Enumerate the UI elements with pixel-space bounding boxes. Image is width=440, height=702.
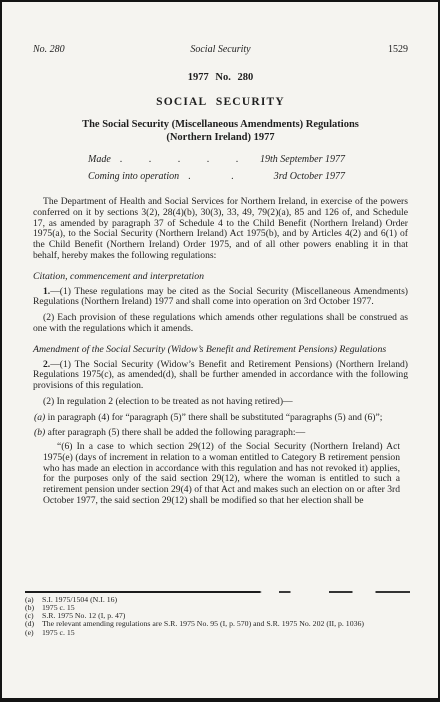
footnotes-block: (a) S.I. 1975/1504 (N.I. 16) (b) 1975 c.… [25, 591, 410, 637]
section-2-heading: Amendment of the Social Security (Widow’… [33, 344, 408, 355]
inserted-paragraph-6: “(6) In a case to which section 29(12) o… [43, 442, 400, 507]
running-header-issue: No. 280 [33, 44, 190, 55]
coming-into-operation-dot-leader: . . . [179, 171, 274, 182]
running-header: No. 280 Social Security 1529 [33, 44, 408, 55]
running-header-page-number: 1529 [251, 44, 408, 55]
regulation-1-paragraph-2: (2) Each provision of these regulations … [33, 313, 408, 335]
footnote-d-text: The relevant amending regulations are S.… [42, 620, 410, 628]
footnote-e-text: 1975 c. 15 [42, 629, 410, 637]
regulation-2-paragraph-2: (2) In regulation 2 (election to be trea… [33, 397, 408, 408]
made-date: 19th September 1977 [260, 154, 345, 165]
coming-into-operation-label: Coming into operation [88, 171, 179, 182]
made-label: Made [88, 154, 111, 165]
amendment-item-b-text: after paragraph (5) there shall be added… [48, 427, 306, 438]
footnote-a-text: S.I. 1975/1504 (N.I. 16) [42, 596, 410, 604]
coming-into-operation-row: Coming into operation . . . 3rd October … [88, 171, 345, 182]
category-heading: SOCIAL SECURITY [33, 96, 408, 108]
preamble-paragraph: The Department of Health and Social Serv… [33, 197, 408, 262]
amendment-item-b-marker: (b) [34, 427, 45, 438]
footnote-rule [25, 591, 410, 593]
amendment-item-a: (a) in paragraph (4) for “paragraph (5)”… [33, 413, 408, 424]
docket-block: Made . . . . . . 19th September 1977 Com… [88, 154, 345, 182]
running-header-title: Social Security [190, 44, 250, 55]
coming-into-operation-date: 3rd October 1977 [274, 171, 345, 182]
document-title: The Social Security (Miscellaneous Amend… [33, 119, 408, 144]
amendment-item-a-marker: (a) [34, 412, 45, 423]
section-1-heading: Citation, commencement and interpretatio… [33, 271, 408, 282]
regulation-2-text: —(1) The Social Security (Widow’s Benefi… [33, 359, 408, 392]
made-dot-leader: . . . . . . [111, 154, 260, 165]
regulation-1-text: —(1) These regulations may be cited as t… [33, 286, 408, 308]
document-title-line-2: (Northern Ireland) 1977 [33, 132, 408, 145]
regulation-2-paragraph-1: 2.—(1) The Social Security (Widow’s Bene… [33, 360, 408, 392]
footnote-a: (a) S.I. 1975/1504 (N.I. 16) [25, 596, 410, 604]
footnote-e-marker: (e) [25, 629, 42, 637]
made-row: Made . . . . . . 19th September 1977 [88, 154, 345, 165]
document-page: No. 280 Social Security 1529 1977 No. 28… [0, 0, 440, 702]
footnote-d: (d) The relevant amending regulations ar… [25, 620, 410, 628]
regulation-1-paragraph-1: 1.—(1) These regulations may be cited as… [33, 287, 408, 309]
footnote-e: (e) 1975 c. 15 [25, 629, 410, 637]
act-number-heading: 1977 No. 280 [33, 72, 408, 83]
amendment-item-a-text: in paragraph (4) for “paragraph (5)” the… [48, 412, 383, 423]
document-title-line-1: The Social Security (Miscellaneous Amend… [33, 119, 408, 132]
amendment-item-b: (b) after paragraph (5) there shall be a… [33, 428, 408, 439]
